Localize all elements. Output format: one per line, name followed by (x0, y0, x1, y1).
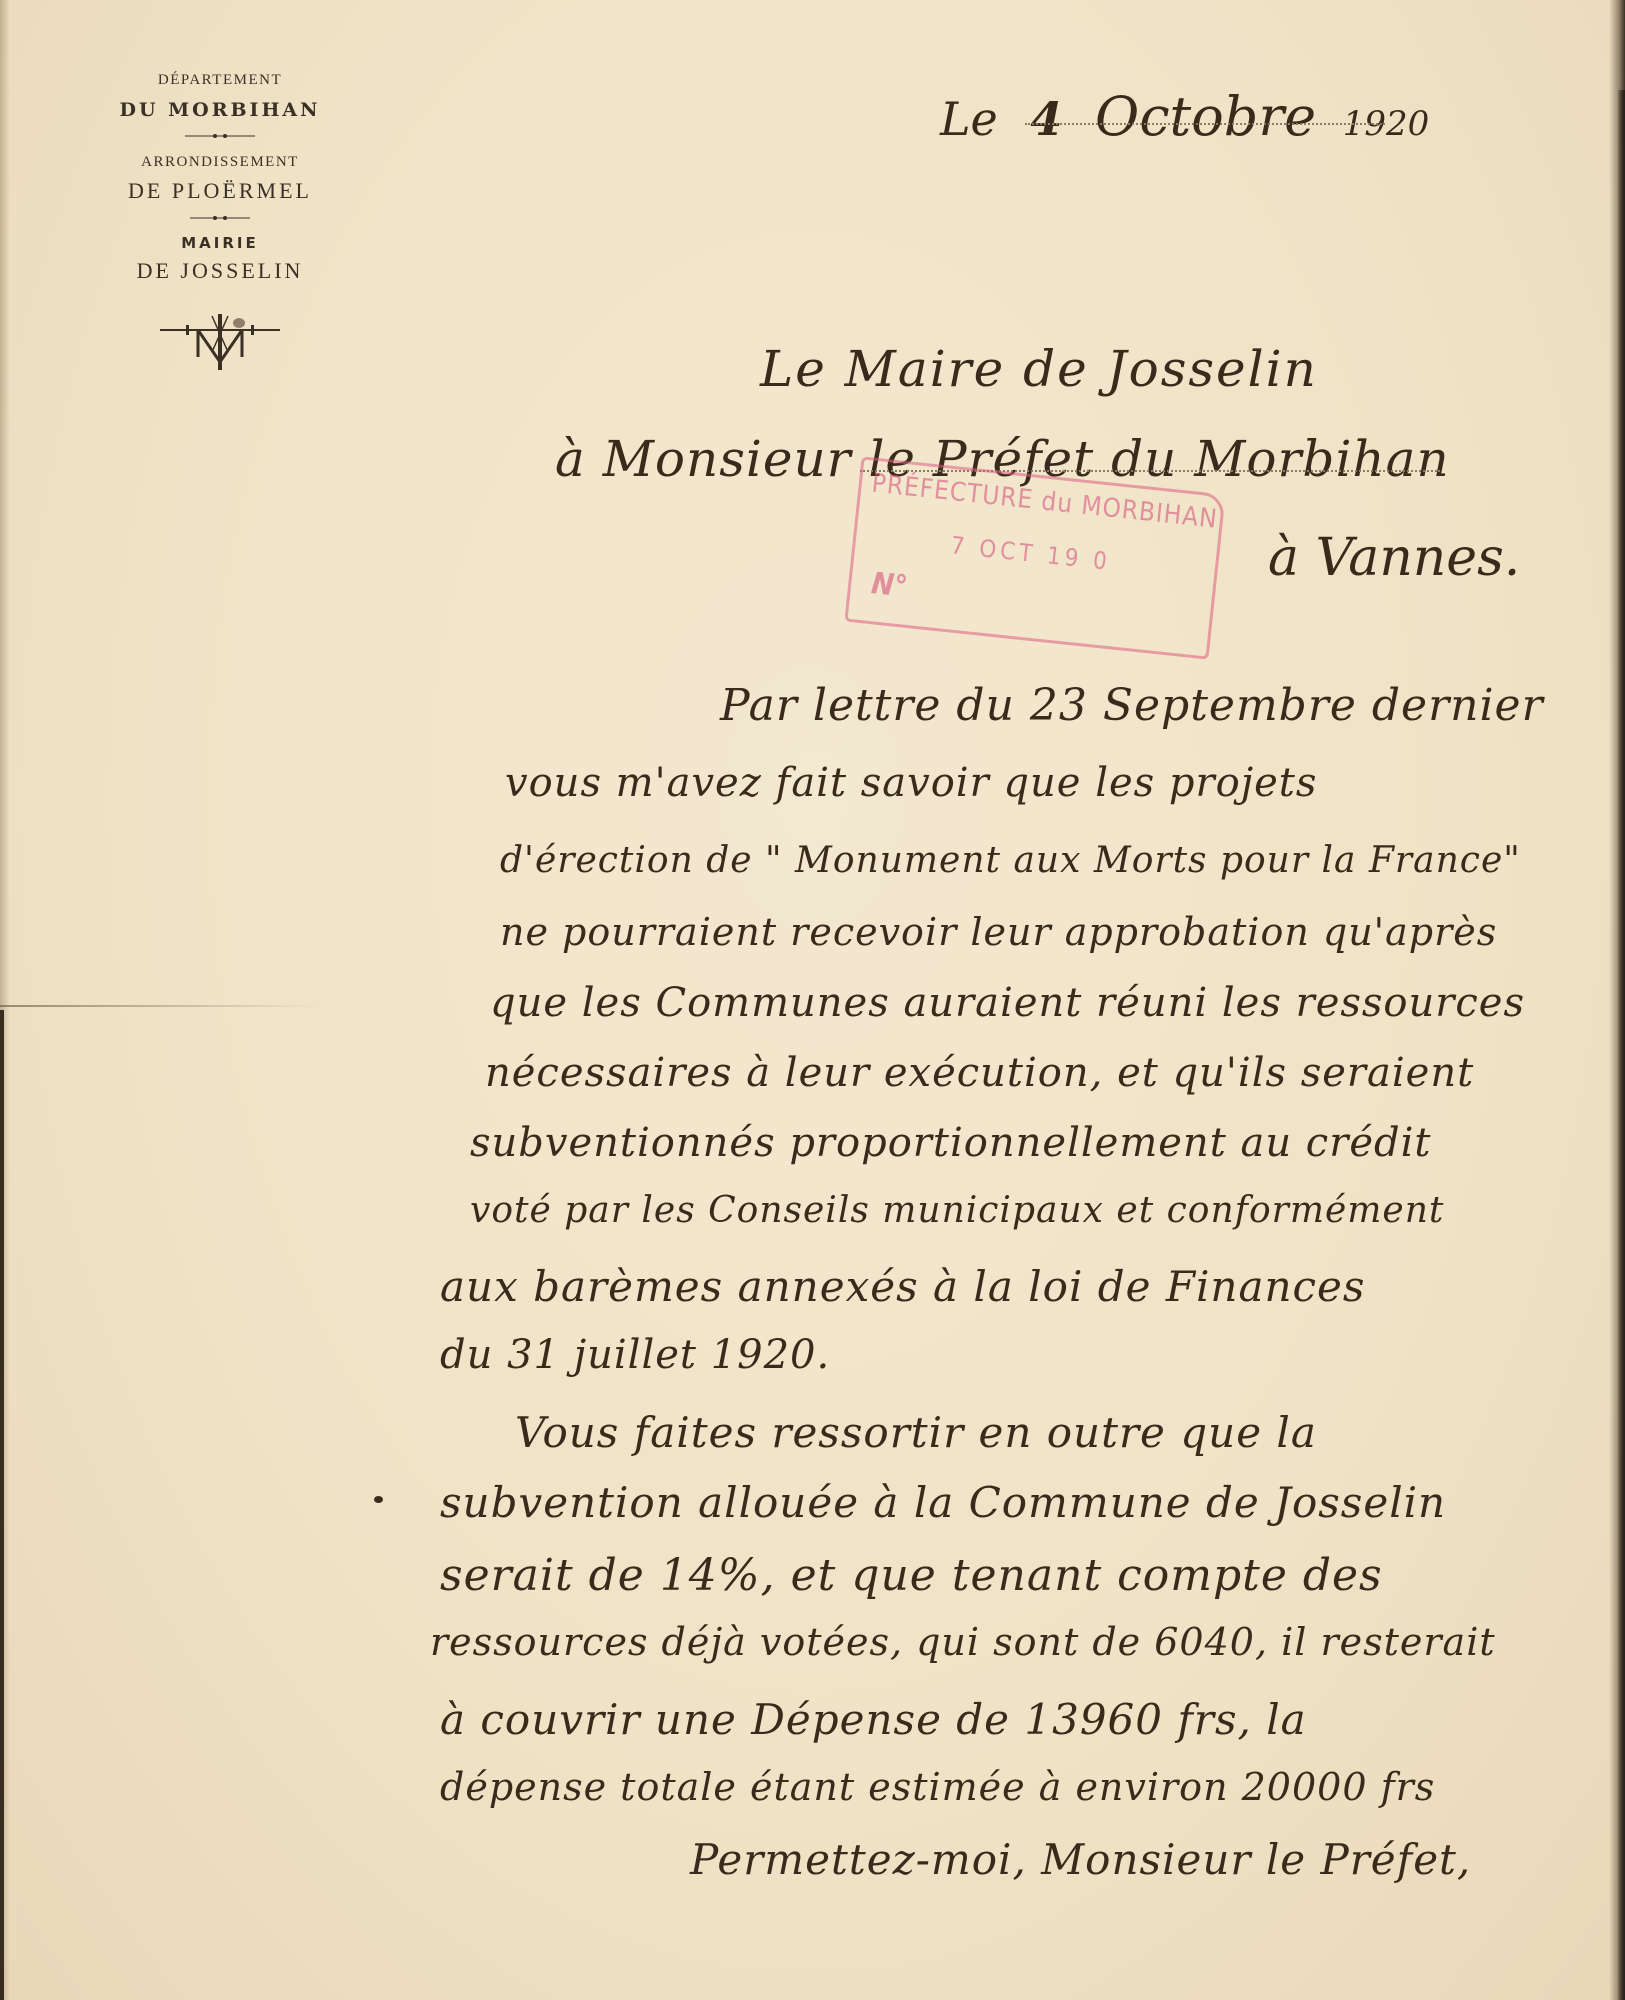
sender-line: Le Maire de Josselin (760, 340, 1318, 398)
letterhead-mairie: MAIRIE (95, 234, 345, 252)
ink-blot (233, 318, 245, 328)
body-line: à couvrir une Dépense de 13960 frs, la (440, 1695, 1307, 1744)
body-line: du 31 juillet 1920. (440, 1332, 830, 1378)
body-line: nécessaires à leur exécution, et qu'ils … (485, 1050, 1474, 1096)
ink-blot (374, 1496, 383, 1503)
date-prefix: Le (940, 92, 998, 146)
paper-fold-crease (0, 1005, 320, 1007)
body-line: ne pourraient recevoir leur approbation … (500, 910, 1497, 954)
letterhead-departement: DÉPARTEMENT (95, 70, 345, 90)
body-line: serait de 14%, et que tenant compte des (440, 1550, 1383, 1601)
body-line: vous m'avez fait savoir que les projets (505, 760, 1317, 806)
body-line: Par lettre du 23 Septembre dernier (720, 680, 1544, 731)
body-line: Vous faites ressortir en outre que la (515, 1408, 1317, 1457)
body-line: dépense totale étant estimée à environ 2… (440, 1765, 1435, 1809)
divider-ornament-icon (185, 132, 255, 140)
divider-ornament-icon (190, 214, 250, 222)
body-line: ressources déjà votées, qui sont de 6040… (430, 1620, 1496, 1664)
letterhead: DÉPARTEMENT DU MORBIHAN ARRONDISSEMENT D… (95, 70, 345, 384)
body-line: d'érection de " Monument aux Morts pour … (500, 840, 1521, 881)
right-edge-shadow (1618, 90, 1625, 2000)
letter-date: Le 4 Octobre 1920 (940, 85, 1429, 148)
letterhead-du-morbihan: DU MORBIHAN (95, 98, 345, 122)
stamp-date: 7 OCT 19 0 (949, 531, 1112, 576)
body-line: aux barèmes annexés à la loi de Finances (440, 1262, 1365, 1311)
body-line: Permettez-moi, Monsieur le Préfet, (690, 1835, 1471, 1884)
monogram-m-icon (160, 312, 280, 372)
date-day: 4 (1030, 92, 1062, 146)
letterhead-arrondissement: ARRONDISSEMENT (95, 152, 345, 172)
stamp-number-label: N° (870, 566, 910, 605)
body-line: que les Communes auraient réuni les ress… (490, 980, 1525, 1026)
letterhead-de-josselin: DE JOSSELIN (95, 258, 345, 284)
body-line: subventionnés proportionnellement au cré… (470, 1120, 1431, 1166)
body-line: subvention allouée à la Commune de Josse… (440, 1478, 1446, 1527)
left-edge-shadow (0, 1010, 4, 2000)
date-dotted-rule (1025, 123, 1385, 125)
recipient-city: à Vannes. (1268, 528, 1520, 588)
letterhead-de-ploermel: DE PLOËRMEL (95, 178, 345, 204)
date-month: Octobre (1095, 85, 1316, 148)
body-line: voté par les Conseils municipaux et conf… (470, 1190, 1444, 1231)
